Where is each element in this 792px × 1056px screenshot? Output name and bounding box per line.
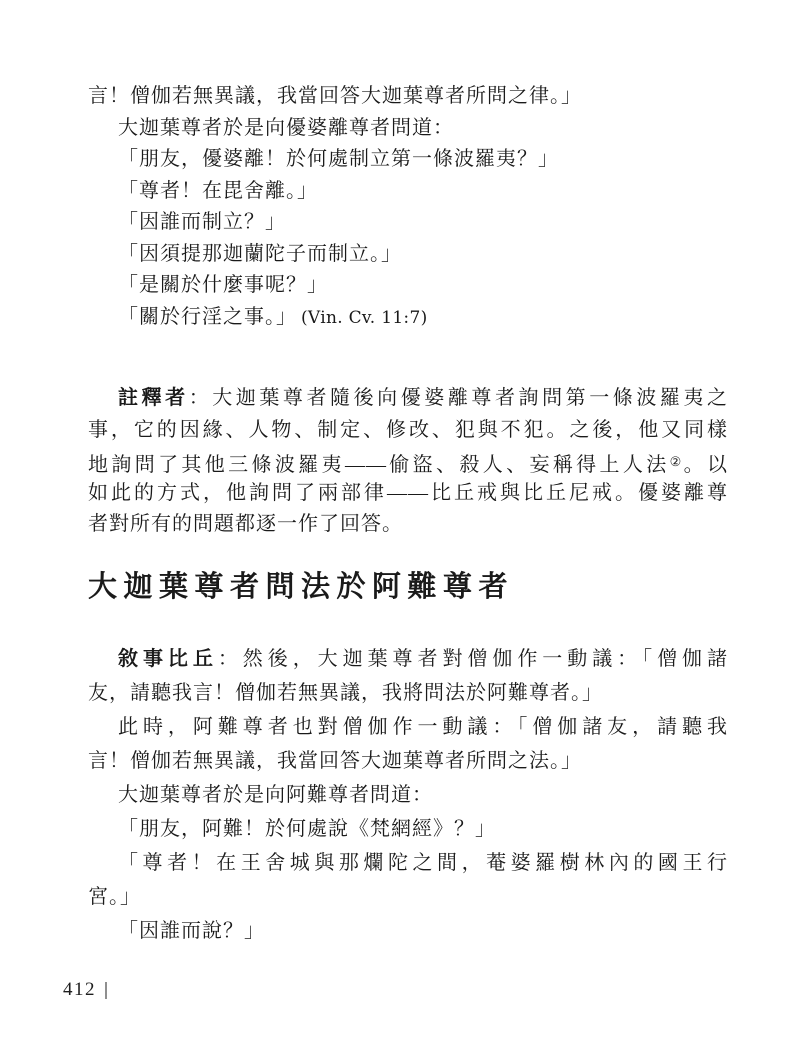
speaker-label: 註釋者: [118, 387, 189, 409]
text-line: 言！僧伽若無異議，我當回答大迦葉尊者所問之法。」: [88, 744, 728, 778]
text-run: 如此的方式，他詢問了兩部律——比丘戒與比丘尼戒。優婆離尊: [88, 482, 728, 504]
text-run: 「因誰而說？」: [118, 920, 265, 942]
text-run: 「尊者！在王舍城與那爛陀之間，菴婆羅樹林內的國王行: [118, 852, 728, 874]
text-line: 敘事比丘：然後，大迦葉尊者對僧伽作一動議：「僧伽諸: [88, 642, 728, 676]
ananda-dhamma-dialogue: 敘事比丘：然後，大迦葉尊者對僧伽作一動議：「僧伽諸友，請聽我言！僧伽若無異議，我…: [88, 642, 728, 948]
page-footer: 412: [63, 979, 107, 1001]
text-line: 言！僧伽若無異議，我當回答大迦葉尊者所問之律。」: [88, 81, 728, 113]
text-line: 「因誰而制立？」: [88, 207, 728, 239]
section-heading: 大迦葉尊者問法於阿難尊者: [88, 570, 728, 604]
text-run: 言！僧伽若無異議，我當回答大迦葉尊者所問之法。」: [88, 750, 582, 772]
text-run: 此時，阿難尊者也對僧伽作一動議：「僧伽諸友，請聽我: [118, 716, 728, 738]
commentator-note: 註釋者：大迦葉尊者隨後向優婆離尊者詢問第一條波羅夷之事，它的因緣、人物、制定、修…: [88, 383, 728, 541]
text-run: 大迦葉尊者於是向阿難尊者問道：: [118, 784, 433, 806]
text-line: 「關於行淫之事。」(Vin. Cv. 11:7): [88, 302, 728, 334]
text-run: 者對所有的問題都逐一作了回答。: [88, 513, 403, 535]
text-line: 「尊者！在毘舍離。」: [88, 176, 728, 208]
text-line: 「是關於什麼事呢？」: [88, 270, 728, 302]
upali-vinaya-dialogue: 言！僧伽若無異議，我當回答大迦葉尊者所問之律。」大迦葉尊者於是向優婆離尊者問道：…: [88, 81, 728, 333]
text-line: 友，請聽我言！僧伽若無異議，我將問法於阿難尊者。」: [88, 676, 728, 710]
text-run: 「是關於什麼事呢？」: [118, 274, 328, 296]
text-run: 「尊者！在毘舍離。」: [118, 180, 318, 202]
text-run: 「朋友，優婆離！於何處制立第一條波羅夷？」: [118, 148, 559, 170]
text-line: 「因誰而說？」: [88, 914, 728, 948]
text-line: 此時，阿難尊者也對僧伽作一動議：「僧伽諸友，請聽我: [88, 710, 728, 744]
text-line: 宮。」: [88, 880, 728, 914]
text-run: 事，它的因緣、人物、制定、修改、犯與不犯。之後，他又同樣: [88, 419, 728, 441]
text-line: 「尊者！在王舍城與那爛陀之間，菴婆羅樹林內的國王行: [88, 846, 728, 880]
text-run: 「朋友，阿難！於何處說《梵網經》？」: [118, 818, 496, 840]
text-run: ：大迦葉尊者隨後向優婆離尊者詢問第一條波羅夷之: [189, 387, 728, 409]
text-run: 言！僧伽若無異議，我當回答大迦葉尊者所問之律。」: [88, 85, 582, 107]
text-column: 言！僧伽若無異議，我當回答大迦葉尊者所問之律。」大迦葉尊者於是向優婆離尊者問道：…: [88, 81, 728, 948]
text-line: 者對所有的問題都逐一作了回答。: [88, 509, 728, 541]
text-line: 註釋者：大迦葉尊者隨後向優婆離尊者詢問第一條波羅夷之: [88, 383, 728, 415]
text-run: 。以: [684, 454, 728, 476]
folio-divider-rule: [105, 982, 107, 999]
text-run: 「因須提那迦蘭陀子而制立。」: [118, 243, 402, 265]
text-line: 事，它的因緣、人物、制定、修改、犯與不犯。之後，他又同樣: [88, 415, 728, 447]
text-line: 「朋友，優婆離！於何處制立第一條波羅夷？」: [88, 144, 728, 176]
footnote-marker: ②: [670, 454, 684, 469]
citation-reference: (Vin. Cv. 11:7): [297, 308, 428, 328]
text-run: 大迦葉尊者於是向優婆離尊者問道：: [118, 117, 454, 139]
text-line: 地詢問了其他三條波羅夷——偷盜、殺人、妄稱得上人法②。以: [88, 446, 728, 478]
text-run: 友，請聽我言！僧伽若無異議，我將問法於阿難尊者。」: [88, 682, 603, 704]
text-run: 宮。」: [88, 886, 141, 908]
text-line: 「因須提那迦蘭陀子而制立。」: [88, 239, 728, 271]
text-run: 地詢問了其他三條波羅夷——偷盜、殺人、妄稱得上人法: [88, 454, 670, 476]
page-number: 412: [63, 979, 96, 1001]
book-page: 言！僧伽若無異議，我當回答大迦葉尊者所問之律。」大迦葉尊者於是向優婆離尊者問道：…: [0, 0, 792, 1056]
speaker-label: 敘事比丘: [118, 648, 218, 670]
text-run: 「關於行淫之事。」: [118, 306, 297, 328]
text-line: 大迦葉尊者於是向優婆離尊者問道：: [88, 113, 728, 145]
text-line: 大迦葉尊者於是向阿難尊者問道：: [88, 778, 728, 812]
text-run: 「因誰而制立？」: [118, 211, 286, 233]
text-line: 「朋友，阿難！於何處說《梵網經》？」: [88, 812, 728, 846]
text-run: ：然後，大迦葉尊者對僧伽作一動議：「僧伽諸: [218, 648, 728, 670]
text-line: 如此的方式，他詢問了兩部律——比丘戒與比丘尼戒。優婆離尊: [88, 478, 728, 510]
